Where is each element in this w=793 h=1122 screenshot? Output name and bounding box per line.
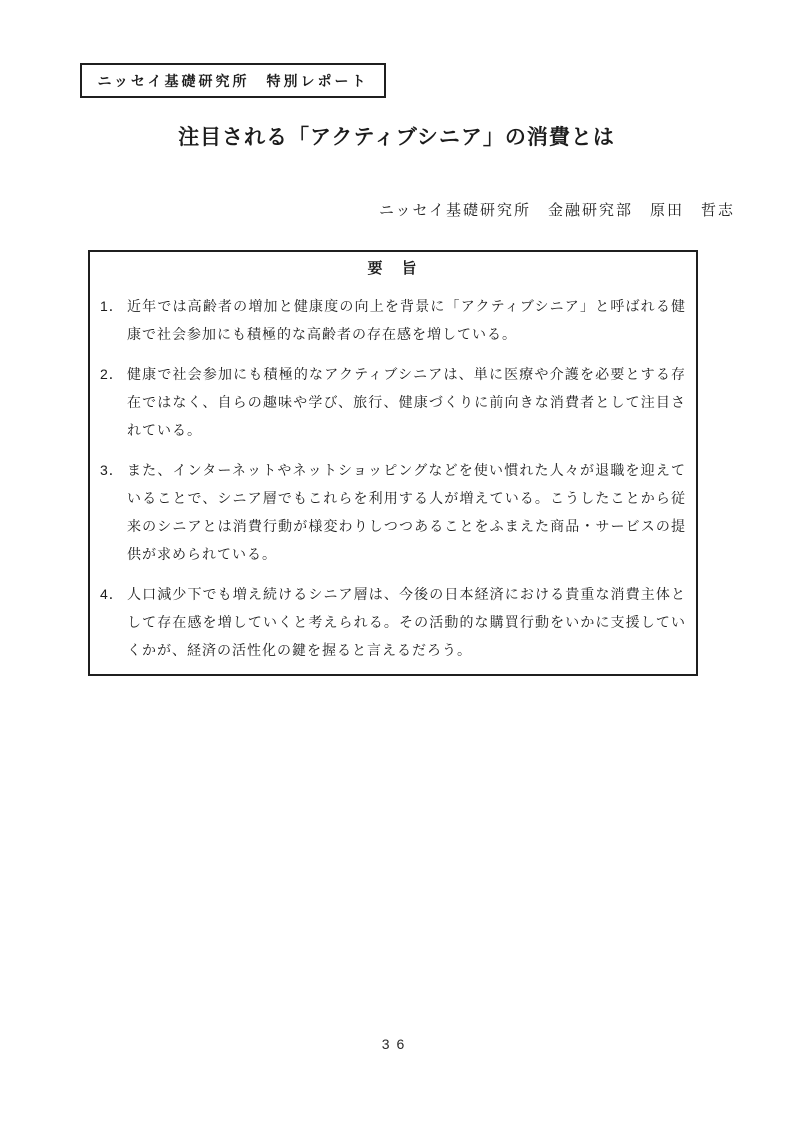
summary-item-number: 4． bbox=[100, 580, 127, 664]
report-series-box: ニッセイ基礎研究所 特別レポート bbox=[80, 63, 386, 98]
report-page: ニッセイ基礎研究所 特別レポート 注目される「アクティブシニア」の消費とは ニッ… bbox=[0, 0, 793, 1122]
summary-item-number: 3． bbox=[100, 456, 127, 568]
author-line: ニッセイ基礎研究所 金融研究部 原田 哲志 bbox=[379, 199, 735, 220]
summary-item-4: 4． 人口減少下でも増え続けるシニア層は、今後の日本経済における貴重な消費主体と… bbox=[100, 580, 686, 664]
summary-heading: 要 旨 bbox=[100, 258, 686, 280]
summary-item-text: 近年では高齢者の増加と健康度の向上を背景に「アクティブシニア」と呼ばれる健康で社… bbox=[127, 292, 686, 348]
page-number: 36 bbox=[0, 1036, 793, 1052]
summary-item-1: 1． 近年では高齢者の増加と健康度の向上を背景に「アクティブシニア」と呼ばれる健… bbox=[100, 292, 686, 348]
summary-item-text: 人口減少下でも増え続けるシニア層は、今後の日本経済における貴重な消費主体として存… bbox=[127, 580, 686, 664]
summary-item-number: 2． bbox=[100, 360, 127, 444]
summary-box: 要 旨 1． 近年では高齢者の増加と健康度の向上を背景に「アクティブシニア」と呼… bbox=[88, 250, 698, 676]
summary-item-3: 3． また、インターネットやネットショッピングなどを使い慣れた人々が退職を迎えて… bbox=[100, 456, 686, 568]
summary-item-text: 健康で社会参加にも積極的なアクティブシニアは、単に医療や介護を必要とする存在では… bbox=[127, 360, 686, 444]
report-series-label: ニッセイ基礎研究所 特別レポート bbox=[97, 71, 368, 91]
summary-item-2: 2． 健康で社会参加にも積極的なアクティブシニアは、単に医療や介護を必要とする存… bbox=[100, 360, 686, 444]
summary-item-number: 1． bbox=[100, 292, 127, 348]
report-title: 注目される「アクティブシニア」の消費とは bbox=[0, 121, 793, 151]
summary-item-text: また、インターネットやネットショッピングなどを使い慣れた人々が退職を迎えているこ… bbox=[127, 456, 686, 568]
